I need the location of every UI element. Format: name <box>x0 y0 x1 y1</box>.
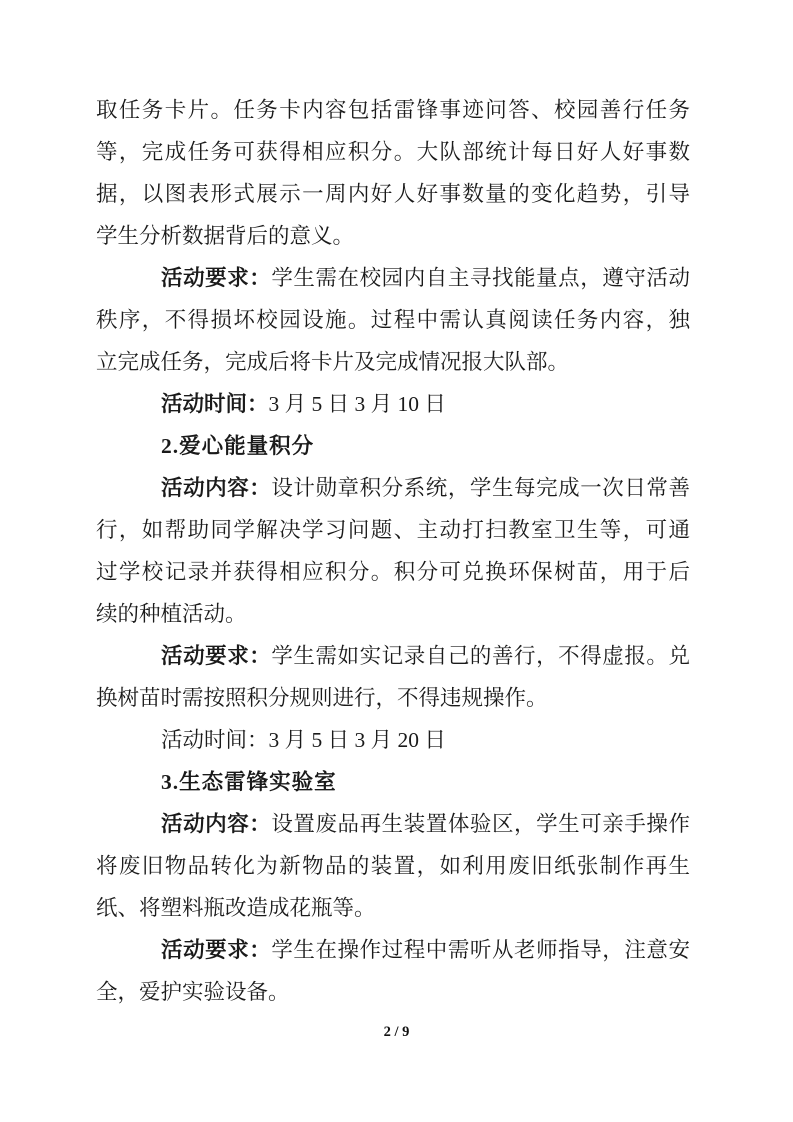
text-line: 活动内容：设计勋章积分系统，学生每完成一次日常善 <box>96 467 690 509</box>
text-segment: 设计勋章积分系统，学生每完成一次日常善 <box>271 476 690 500</box>
text-segment: 等，完成任务可获得相应积分。大队部统计每日好人好事数 <box>96 140 690 164</box>
text-segment: 活动时间：3 月 5 日 3 月 20 日 <box>161 728 446 752</box>
text-segment-bold: 活动要求： <box>161 266 271 290</box>
paragraph: 活动要求：学生在操作过程中需听从老师指导，注意安全，爱护实验设备。 <box>96 929 690 1013</box>
text-segment-bold: 3.生态雷锋实验室 <box>161 770 337 794</box>
text-line: 换树苗时需按照积分规则进行，不得违规操作。 <box>96 677 690 719</box>
text-line: 全，爱护实验设备。 <box>96 971 690 1013</box>
text-segment: 纸、将塑料瓶改造成花瓶等。 <box>96 896 376 920</box>
text-line: 活动时间：3 月 5 日 3 月 20 日 <box>96 719 690 761</box>
paragraph: 活动时间：3 月 5 日 3 月 20 日 <box>96 719 690 761</box>
text-segment: 换树苗时需按照积分规则进行，不得违规操作。 <box>96 686 548 710</box>
text-segment: 秩序，不得损坏校园设施。过程中需认真阅读任务内容，独 <box>96 308 690 332</box>
text-line: 3.生态雷锋实验室 <box>96 761 690 803</box>
text-line: 过学校记录并获得相应积分。积分可兑换环保树苗，用于后 <box>96 551 690 593</box>
page-footer: 2 / 9 <box>0 1021 793 1043</box>
text-line: 活动时间：3 月 5 日 3 月 10 日 <box>96 383 690 425</box>
text-line: 等，完成任务可获得相应积分。大队部统计每日好人好事数 <box>96 131 690 173</box>
text-line: 行，如帮助同学解决学习问题、主动打扫教室卫生等，可通 <box>96 509 690 551</box>
text-segment: 3 月 5 日 3 月 10 日 <box>269 392 446 416</box>
text-segment-bold: 活动内容： <box>161 476 271 500</box>
page-number: 2 / 9 <box>384 1024 410 1040</box>
text-segment: 续的种植活动。 <box>96 602 247 626</box>
text-line: 活动要求：学生需在校园内自主寻找能量点，遵守活动 <box>96 257 690 299</box>
text-line: 将废旧物品转化为新物品的装置，如利用废旧纸张制作再生 <box>96 845 690 887</box>
text-line: 活动要求：学生在操作过程中需听从老师指导，注意安 <box>96 929 690 971</box>
text-line: 学生分析数据背后的意义。 <box>96 215 690 257</box>
text-segment: 行，如帮助同学解决学习问题、主动打扫教室卫生等，可通 <box>96 518 690 542</box>
text-line: 2.爱心能量积分 <box>96 425 690 467</box>
text-segment: 设置废品再生装置体验区，学生可亲手操作 <box>271 812 690 836</box>
text-segment-bold: 活动要求： <box>161 938 271 962</box>
text-segment: 学生需在校园内自主寻找能量点，遵守活动 <box>271 266 690 290</box>
text-line: 据，以图表形式展示一周内好人好事数量的变化趋势，引导 <box>96 173 690 215</box>
paragraph: 活动内容：设计勋章积分系统，学生每完成一次日常善行，如帮助同学解决学习问题、主动… <box>96 467 690 635</box>
text-line: 续的种植活动。 <box>96 593 690 635</box>
text-line: 纸、将塑料瓶改造成花瓶等。 <box>96 887 690 929</box>
paragraph: 取任务卡片。任务卡内容包括雷锋事迹问答、校园善行任务等，完成任务可获得相应积分。… <box>96 89 690 257</box>
text-line: 秩序，不得损坏校园设施。过程中需认真阅读任务内容，独 <box>96 299 690 341</box>
text-segment: 过学校记录并获得相应积分。积分可兑换环保树苗，用于后 <box>96 560 690 584</box>
paragraph: 活动内容：设置废品再生装置体验区，学生可亲手操作将废旧物品转化为新物品的装置，如… <box>96 803 690 929</box>
text-segment: 学生需如实记录自己的善行，不得虚报。兑 <box>271 644 690 668</box>
page-content: 取任务卡片。任务卡内容包括雷锋事迹问答、校园善行任务等，完成任务可获得相应积分。… <box>96 89 690 1013</box>
text-segment: 取任务卡片。任务卡内容包括雷锋事迹问答、校园善行任务 <box>96 98 690 122</box>
text-line: 立完成任务，完成后将卡片及完成情况报大队部。 <box>96 341 690 383</box>
text-segment-bold: 活动要求： <box>161 644 271 668</box>
text-line: 取任务卡片。任务卡内容包括雷锋事迹问答、校园善行任务 <box>96 89 690 131</box>
paragraph: 活动时间：3 月 5 日 3 月 10 日 <box>96 383 690 425</box>
text-segment-bold: 活动时间： <box>161 392 269 416</box>
text-segment: 学生分析数据背后的意义。 <box>96 224 354 248</box>
document-page: 取任务卡片。任务卡内容包括雷锋事迹问答、校园善行任务等，完成任务可获得相应积分。… <box>0 0 793 1122</box>
heading: 3.生态雷锋实验室 <box>96 761 690 803</box>
text-segment-bold: 2.爱心能量积分 <box>161 434 314 458</box>
text-segment: 学生在操作过程中需听从老师指导，注意安 <box>271 938 690 962</box>
text-segment: 立完成任务，完成后将卡片及完成情况报大队部。 <box>96 350 569 374</box>
text-segment: 将废旧物品转化为新物品的装置，如利用废旧纸张制作再生 <box>96 854 690 878</box>
text-line: 活动内容：设置废品再生装置体验区，学生可亲手操作 <box>96 803 690 845</box>
text-line: 活动要求：学生需如实记录自己的善行，不得虚报。兑 <box>96 635 690 677</box>
text-segment: 据，以图表形式展示一周内好人好事数量的变化趋势，引导 <box>96 182 690 206</box>
text-segment-bold: 活动内容： <box>161 812 271 836</box>
paragraph: 活动要求：学生需在校园内自主寻找能量点，遵守活动秩序，不得损坏校园设施。过程中需… <box>96 257 690 383</box>
text-segment: 全，爱护实验设备。 <box>96 980 290 1004</box>
paragraph: 活动要求：学生需如实记录自己的善行，不得虚报。兑换树苗时需按照积分规则进行，不得… <box>96 635 690 719</box>
heading: 2.爱心能量积分 <box>96 425 690 467</box>
